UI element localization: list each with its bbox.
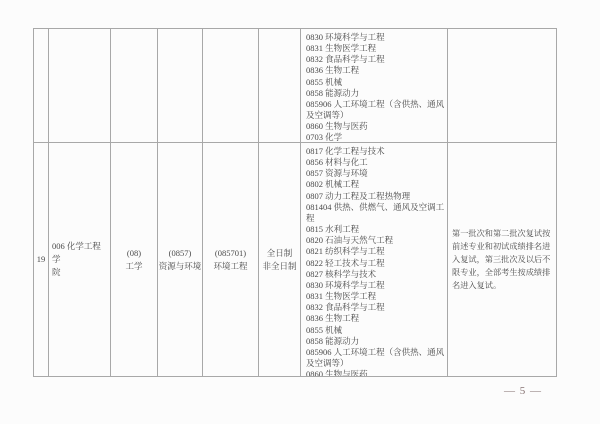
program-item: 085906 人工环境工程（含供热、通风及空调等） — [306, 347, 446, 369]
program-list: 0817 化学工程与技术0856 材料与化工0857 资源与环境0802 机械工… — [301, 143, 448, 376]
program-item: 0827 核科学与技术 — [306, 269, 446, 280]
program-item: 0820 石油与天然气工程 — [306, 235, 446, 246]
program-item: 0855 机械 — [306, 77, 446, 88]
cell-field: (0857) 资源与环境 — [158, 143, 203, 376]
program-item: 0831 生物医学工程 — [306, 43, 446, 54]
program-item: 0830 环境科学与工程 — [306, 32, 446, 43]
program-item: 0858 能源动力 — [306, 88, 446, 99]
program-item: 0858 能源动力 — [306, 336, 446, 347]
program-item: 0831 生物医学工程 — [306, 291, 446, 302]
program-item: 081404 供热、供燃气、通风及空调工程 — [306, 202, 446, 224]
cell-row-number — [34, 29, 49, 142]
cell-row-number: 19 — [34, 143, 49, 376]
program-item: 0807 动力工程及工程热物理 — [306, 191, 446, 202]
program-item: 0860 生物与医药 — [306, 369, 446, 376]
page-number: — 5 — — [488, 385, 558, 397]
cell-major: (085701) 环境工程 — [203, 143, 259, 376]
program-item: 0821 纺织科学与工程 — [306, 246, 446, 257]
program-item: 0832 食品科学与工程 — [306, 302, 446, 313]
table-row-continuation: 0830 环境科学与工程0831 生物医学工程0832 食品科学与工程0836 … — [34, 29, 556, 143]
program-item: 0860 生物与医药 — [306, 121, 446, 132]
document-page: 0830 环境科学与工程0831 生物医学工程0832 食品科学与工程0836 … — [0, 0, 600, 424]
cell-college: 006 化学工程学 院 — [49, 143, 111, 376]
cell-study-mode — [259, 29, 301, 142]
admissions-table: 0830 环境科学与工程0831 生物医学工程0832 食品科学与工程0836 … — [33, 28, 557, 377]
program-item: 0822 轻工技术与工程 — [306, 258, 446, 269]
program-item: 0857 资源与环境 — [306, 168, 446, 179]
program-item: 0832 食品科学与工程 — [306, 54, 446, 65]
program-item: 0802 机械工程 — [306, 179, 446, 190]
program-item: 0815 水利工程 — [306, 224, 446, 235]
cell-major — [203, 29, 259, 142]
program-item: 0817 化学工程与技术 — [306, 146, 446, 157]
program-item: 0856 材料与化工 — [306, 157, 446, 168]
cell-remark: 第一批次和第二批次复试按前述专业和初试成绩排名进入复试，第三批次及以后不限专业，… — [448, 143, 558, 376]
program-list: 0830 环境科学与工程0831 生物医学工程0832 食品科学与工程0836 … — [301, 29, 448, 142]
cell-remark — [448, 29, 558, 142]
cell-field — [158, 29, 203, 142]
program-item: 0836 生物工程 — [306, 65, 446, 76]
table-row-19: 19 006 化学工程学 院 (08) 工学 (0857) 资源与环境 (085… — [34, 143, 556, 376]
cell-study-mode: 全日制 非全日制 — [259, 143, 301, 376]
program-item: 0836 生物工程 — [306, 313, 446, 324]
program-item: 0830 环境科学与工程 — [306, 280, 446, 291]
program-item: 0855 机械 — [306, 325, 446, 336]
program-item: 0703 化学 — [306, 132, 446, 142]
cell-college — [49, 29, 111, 142]
cell-degree-category — [111, 29, 158, 142]
cell-degree-category: (08) 工学 — [111, 143, 158, 376]
program-item: 085906 人工环境工程（含供热、通风及空调等） — [306, 99, 446, 121]
